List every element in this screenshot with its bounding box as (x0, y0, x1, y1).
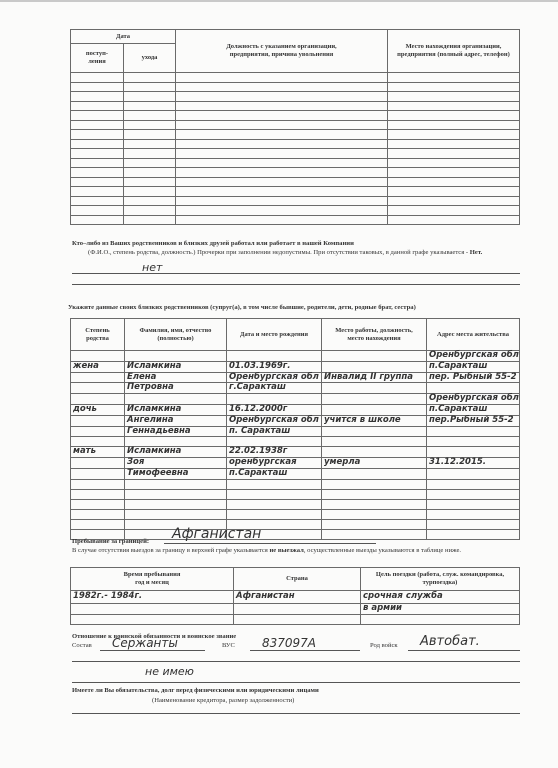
relatives-cell[interactable]: Оренбургская обл (427, 394, 520, 405)
employment-cell[interactable] (71, 215, 124, 225)
relatives-cell[interactable]: умерла (322, 458, 427, 469)
employment-row (71, 111, 520, 121)
relatives-cell[interactable] (71, 426, 125, 437)
relatives-col-header: Степень родства (71, 319, 125, 351)
company-relatives-hint: (Ф.И.О., степень родства, должность.) Пр… (88, 249, 518, 257)
employment-cell[interactable] (388, 215, 520, 225)
employment-row (71, 187, 520, 197)
relatives-cell[interactable]: Оренбургская обл (227, 372, 322, 383)
vus-line (250, 650, 360, 651)
relatives-row: Зояоренбургскаяумерла31.12.2015. (71, 458, 520, 469)
relatives-cell[interactable] (427, 529, 520, 539)
employment-cell[interactable] (176, 111, 388, 121)
relatives-cell[interactable]: 01.03.1969г. (227, 361, 322, 372)
relatives-empty-row (71, 519, 520, 529)
relatives-row: дочьИсламкина16.12.2000гп.Саракташ (71, 404, 520, 415)
employment-cell[interactable] (124, 206, 176, 216)
employment-cell[interactable] (71, 149, 124, 159)
relatives-row: АнгелинаОренбургская облучится в школепе… (71, 415, 520, 426)
employment-cell[interactable] (388, 196, 520, 206)
location-header: Место нахождения организации, предприяти… (388, 30, 520, 73)
relatives-cell[interactable] (227, 394, 322, 405)
relatives-cell[interactable] (71, 489, 125, 499)
relatives-cell[interactable] (322, 394, 427, 405)
employment-row (71, 139, 520, 149)
form-page: Дата Должность с указанием организации, … (0, 0, 558, 768)
employment-cell[interactable] (388, 82, 520, 92)
relatives-cell[interactable]: пер.Рыбный 55-2 (427, 415, 520, 426)
abroad-empty-row (71, 614, 520, 624)
employment-cell[interactable] (176, 82, 388, 92)
hint-text: (Ф.И.О., степень родства, должность.) Пр… (88, 249, 468, 256)
abroad-period[interactable]: 1982г.- 1984г. (71, 591, 234, 604)
relatives-cell[interactable] (427, 468, 520, 479)
relatives-cell[interactable] (71, 383, 125, 394)
employment-cell[interactable] (388, 130, 520, 140)
employment-row (71, 215, 520, 225)
abroad-line (164, 543, 376, 544)
note-text: В случае отсутствия выездов за границу в… (72, 547, 268, 554)
relatives-col-header: Место работы, должность, место нахождени… (322, 319, 427, 351)
date-in-header: поступ- ления (71, 44, 124, 73)
relatives-row: женаИсламкина01.03.1969г.п.Саракташ (71, 361, 520, 372)
employment-cell[interactable] (71, 82, 124, 92)
relatives-cell[interactable] (427, 447, 520, 458)
relatives-cell[interactable]: Исламкина (125, 361, 227, 372)
relatives-cell[interactable] (322, 529, 427, 539)
relatives-cell[interactable]: Оренбургская обл (227, 415, 322, 426)
employment-cell[interactable] (124, 92, 176, 102)
relatives-cell[interactable]: 31.12.2015. (427, 458, 520, 469)
relatives-cell[interactable] (125, 489, 227, 499)
composition-label: Состав (72, 642, 92, 650)
relatives-cell[interactable] (71, 415, 125, 426)
abroad-col-header: Страна (234, 568, 361, 591)
employment-row (71, 168, 520, 178)
relatives-cell[interactable] (322, 351, 427, 362)
employment-cell[interactable] (71, 177, 124, 187)
employment-cell[interactable] (176, 196, 388, 206)
relatives-cell[interactable] (71, 509, 125, 519)
employment-cell[interactable] (388, 73, 520, 83)
relatives-col-header: Фамилия, имя, отчество (полностью) (125, 319, 227, 351)
employment-cell[interactable] (176, 177, 388, 187)
note-bold: не выезжал (269, 547, 303, 554)
relatives-cell[interactable] (322, 489, 427, 499)
abroad-cell[interactable] (361, 614, 520, 624)
employment-cell[interactable] (176, 187, 388, 197)
relatives-cell[interactable]: 16.12.2000г (227, 404, 322, 415)
employment-cell[interactable] (124, 158, 176, 168)
employment-row (71, 82, 520, 92)
relatives-cell[interactable]: Геннадьевна (125, 426, 227, 437)
military-line-1 (72, 661, 520, 662)
relatives-cell[interactable] (322, 519, 427, 529)
relatives-row: Оренбургская обл (71, 351, 520, 362)
relatives-cell[interactable] (125, 351, 227, 362)
relatives-cell[interactable] (125, 437, 227, 447)
relatives-cell[interactable] (322, 468, 427, 479)
employment-cell[interactable] (388, 111, 520, 121)
composition-line (100, 650, 205, 651)
date-header: Дата (71, 30, 176, 44)
note-text-post: , осуществленные выезды указываются в та… (304, 547, 461, 554)
abroad-cell[interactable] (71, 614, 234, 624)
relatives-cell[interactable] (322, 499, 427, 509)
abroad-cell[interactable]: в армии (361, 604, 520, 615)
abroad-row: 1982г.- 1984г.Афганистансрочная служба (71, 591, 520, 604)
relatives-cell[interactable] (71, 519, 125, 529)
employment-cell[interactable] (71, 130, 124, 140)
abroad-row: в армии (71, 604, 520, 615)
relatives-cell[interactable] (125, 499, 227, 509)
employment-cell[interactable] (124, 111, 176, 121)
relatives-cell[interactable] (322, 383, 427, 394)
obligations-line (72, 713, 520, 714)
relatives-cell[interactable] (227, 437, 322, 447)
employment-cell[interactable] (71, 196, 124, 206)
relatives-cell[interactable] (322, 447, 427, 458)
employment-cell[interactable] (124, 139, 176, 149)
composition-value[interactable]: Сержанты (112, 636, 178, 650)
employment-cell[interactable] (388, 177, 520, 187)
relatives-row (71, 437, 520, 447)
relatives-cell[interactable] (227, 499, 322, 509)
employment-cell[interactable] (176, 101, 388, 111)
employment-cell[interactable] (176, 206, 388, 216)
employment-cell[interactable] (124, 187, 176, 197)
employment-cell[interactable] (71, 101, 124, 111)
employment-cell[interactable] (388, 187, 520, 197)
relatives-title: Укажите данные своих близких родственник… (68, 304, 416, 312)
relatives-col-header: Адрес места жительства (427, 319, 520, 351)
relatives-cell[interactable] (427, 437, 520, 447)
employment-cell[interactable] (388, 149, 520, 159)
employment-cell[interactable] (388, 168, 520, 178)
employment-cell[interactable] (176, 130, 388, 140)
relatives-cell[interactable] (71, 394, 125, 405)
hint-bold: Нет. (470, 249, 482, 256)
relatives-cell[interactable] (427, 519, 520, 529)
relatives-cell[interactable]: Оренбургская обл (427, 351, 520, 362)
relatives-cell[interactable]: г.Саракташ (227, 383, 322, 394)
employment-cell[interactable] (124, 149, 176, 159)
employment-cell[interactable] (176, 92, 388, 102)
employment-cell[interactable] (71, 168, 124, 178)
employment-cell[interactable] (124, 82, 176, 92)
employment-cell[interactable] (71, 158, 124, 168)
abroad-country[interactable]: Афганистан (234, 591, 361, 604)
employment-cell[interactable] (388, 206, 520, 216)
relatives-cell[interactable] (71, 458, 125, 469)
relatives-table: Степень родстваФамилия, имя, отчество (п… (70, 318, 520, 540)
relatives-cell[interactable] (427, 479, 520, 489)
relatives-cell[interactable]: Ангелина (125, 415, 227, 426)
employment-cell[interactable] (71, 120, 124, 130)
relatives-cell[interactable] (427, 426, 520, 437)
company-relatives-question: Кто–либо из Ваших родственников и близки… (72, 240, 354, 248)
employment-row (71, 149, 520, 159)
employment-cell[interactable] (176, 73, 388, 83)
employment-row (71, 73, 520, 83)
position-header: Должность с указанием организации, предп… (176, 30, 388, 73)
relatives-empty-row (71, 509, 520, 519)
relatives-cell[interactable]: оренбургская (227, 458, 322, 469)
date-out-header: ухода (124, 44, 176, 73)
relatives-empty-row (71, 479, 520, 489)
employment-cell[interactable] (388, 139, 520, 149)
abroad-label: Пребывание за границей: (72, 538, 149, 546)
employment-row (71, 92, 520, 102)
obligations-hint: (Наименование кредитора, размер задолжен… (152, 697, 294, 705)
scan-edge (0, 0, 558, 2)
employment-cell[interactable] (124, 73, 176, 83)
relatives-cell[interactable]: п.Саракташ (227, 468, 322, 479)
relatives-cell[interactable]: жена (71, 361, 125, 372)
employment-cell[interactable] (176, 149, 388, 159)
employment-cell[interactable] (124, 130, 176, 140)
relatives-cell[interactable]: Исламкина (125, 404, 227, 415)
relatives-empty-row (71, 489, 520, 499)
abroad-purpose[interactable]: срочная служба (361, 591, 520, 604)
relatives-cell[interactable] (322, 437, 427, 447)
employment-cell[interactable] (71, 139, 124, 149)
vus-label: ВУС (222, 642, 235, 650)
employment-cell[interactable] (176, 120, 388, 130)
employment-cell[interactable] (124, 177, 176, 187)
relatives-row: Оренбургская обл (71, 394, 520, 405)
relatives-cell[interactable]: п. Саракташ (227, 426, 322, 437)
relatives-cell[interactable] (322, 509, 427, 519)
relatives-cell[interactable] (71, 437, 125, 447)
employment-row (71, 130, 520, 140)
military-line-2 (72, 682, 520, 683)
relatives-cell[interactable] (227, 351, 322, 362)
relatives-cell[interactable]: пер. Рыбный 55-2 (427, 372, 520, 383)
employment-cell[interactable] (71, 187, 124, 197)
employment-cell[interactable] (124, 196, 176, 206)
relatives-cell[interactable]: учится в школе (322, 415, 427, 426)
relatives-cell[interactable] (322, 404, 427, 415)
employment-cell[interactable] (71, 206, 124, 216)
relatives-cell[interactable]: Петровна (125, 383, 227, 394)
relatives-cell[interactable] (71, 372, 125, 383)
relatives-cell[interactable] (71, 499, 125, 509)
employment-row (71, 177, 520, 187)
relatives-cell[interactable] (227, 489, 322, 499)
employment-row (71, 158, 520, 168)
relatives-row: Геннадьевнап. Саракташ (71, 426, 520, 437)
troops-label: Род войск (370, 642, 398, 650)
relatives-cell[interactable]: дочь (71, 404, 125, 415)
employment-row (71, 196, 520, 206)
vus-value[interactable]: 837097А (262, 636, 316, 650)
answer-line-1 (72, 273, 520, 274)
employment-cell[interactable] (71, 73, 124, 83)
employment-cell[interactable] (176, 168, 388, 178)
employment-cell[interactable] (176, 139, 388, 149)
relatives-cell[interactable] (71, 479, 125, 489)
military-extra[interactable]: не имею (145, 666, 194, 678)
relatives-cell[interactable] (71, 468, 125, 479)
relatives-cell[interactable] (322, 361, 427, 372)
relatives-cell[interactable]: Тимофеевна (125, 468, 227, 479)
employment-cell[interactable] (124, 101, 176, 111)
employment-cell[interactable] (388, 92, 520, 102)
abroad-col-header: Время пребывания год и месяц (71, 568, 234, 591)
obligations-question: Имеете ли Вы обязательства, долг перед ф… (72, 687, 319, 695)
relatives-cell[interactable] (427, 489, 520, 499)
relatives-row: Тимофеевнап.Саракташ (71, 468, 520, 479)
troops-line (408, 650, 520, 651)
abroad-note: В случае отсутствия выездов за границу в… (72, 547, 520, 555)
relatives-cell[interactable] (125, 394, 227, 405)
employment-table: Дата Должность с указанием организации, … (70, 29, 520, 225)
relatives-cell[interactable]: мать (71, 447, 125, 458)
relatives-row: ЕленаОренбургская облИнвалид II группапе… (71, 372, 520, 383)
employment-cell[interactable] (388, 158, 520, 168)
relatives-empty-row (71, 499, 520, 509)
relatives-cell[interactable] (227, 509, 322, 519)
employment-cell[interactable] (71, 92, 124, 102)
relatives-cell[interactable] (322, 426, 427, 437)
abroad-cell[interactable] (71, 604, 234, 615)
relatives-cell[interactable] (125, 479, 227, 489)
relatives-cell[interactable]: п.Саракташ (427, 404, 520, 415)
employment-cell[interactable] (124, 120, 176, 130)
relatives-cell[interactable]: Зоя (125, 458, 227, 469)
employment-row (71, 206, 520, 216)
employment-cell[interactable] (176, 215, 388, 225)
employment-cell[interactable] (176, 158, 388, 168)
troops-value[interactable]: Автобат. (420, 634, 480, 649)
relatives-cell[interactable] (427, 499, 520, 509)
abroad-cell[interactable] (234, 604, 361, 615)
abroad-answer[interactable]: Афганистан (172, 526, 261, 542)
relatives-cell[interactable] (322, 479, 427, 489)
employment-cell[interactable] (388, 101, 520, 111)
employment-cell[interactable] (124, 215, 176, 225)
relatives-cell[interactable] (125, 509, 227, 519)
relatives-cell[interactable] (71, 351, 125, 362)
relatives-cell[interactable]: Исламкина (125, 447, 227, 458)
employment-cell[interactable] (71, 111, 124, 121)
employment-cell[interactable] (124, 168, 176, 178)
relatives-col-header: Дата и место рождения (227, 319, 322, 351)
relatives-cell[interactable]: Елена (125, 372, 227, 383)
employment-row (71, 120, 520, 130)
abroad-cell[interactable] (234, 614, 361, 624)
relatives-cell[interactable]: Инвалид II группа (322, 372, 427, 383)
answer-line-2 (72, 284, 520, 285)
employment-cell[interactable] (388, 120, 520, 130)
relatives-cell[interactable] (227, 479, 322, 489)
abroad-table: Время пребывания год и месяцСтранаЦель п… (70, 567, 520, 625)
abroad-col-header: Цель поездки (работа, служ. командировка… (361, 568, 520, 591)
employment-row (71, 101, 520, 111)
relatives-cell[interactable] (427, 509, 520, 519)
relatives-cell[interactable]: п.Саракташ (427, 361, 520, 372)
